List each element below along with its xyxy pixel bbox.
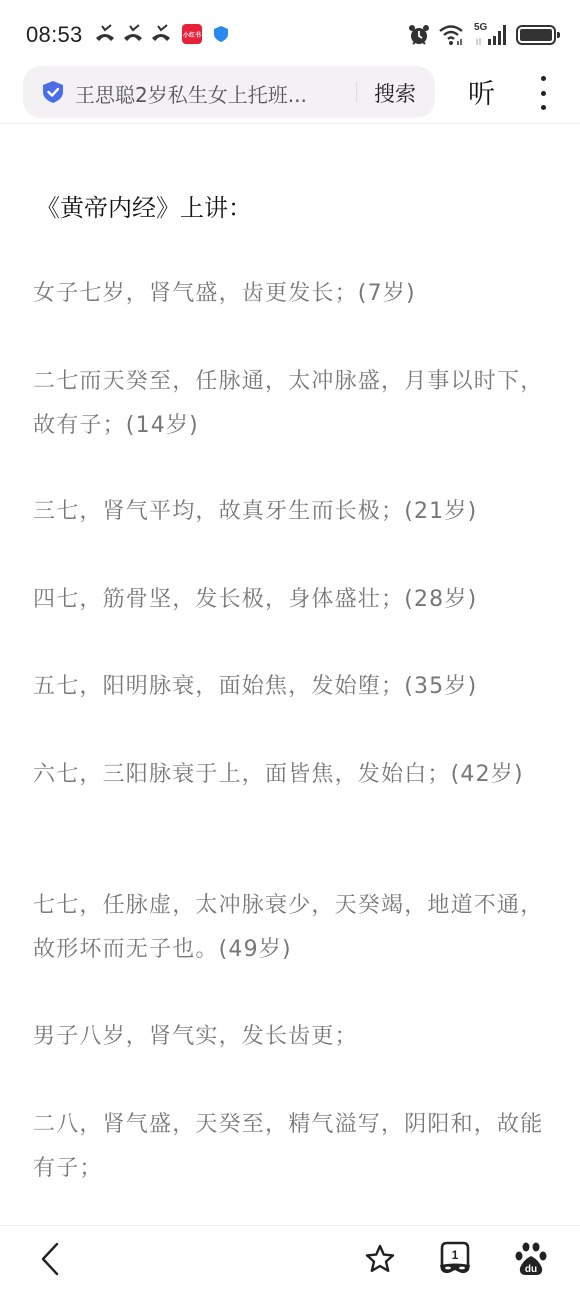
article-paragraph: 五七，阳明脉衰，面始焦，发始堕；(35岁) <box>33 665 553 709</box>
article-paragraph: 四七，筋骨坚，发长极，身体盛壮；(28岁) <box>33 578 553 622</box>
article-content: 《黄帝内经》上讲： 女子七岁，肾气盛，齿更发长；(7岁) 二七而天癸至，任脉通，… <box>0 124 580 1224</box>
more-dot-icon <box>541 76 546 81</box>
baidu-paw-icon: du <box>514 1240 548 1278</box>
svg-text:1: 1 <box>452 1248 459 1262</box>
search-query-text[interactable]: 王思聪2岁私生女上托班... <box>75 79 307 108</box>
5g-signal-icon: 5G <box>474 24 508 46</box>
notification-icons: 小红书 <box>94 24 228 44</box>
listen-button[interactable]: 听 <box>468 72 495 111</box>
system-indicators: 5G <box>408 24 556 46</box>
status-time: 08:53 <box>26 22 83 48</box>
article-heading: 《黄帝内经》上讲： <box>36 188 252 223</box>
tabs-button[interactable]: 1 <box>438 1240 472 1278</box>
baidu-home-button[interactable]: du <box>514 1240 548 1278</box>
search-divider <box>356 82 357 102</box>
bottom-navigation: 1 du <box>0 1226 580 1295</box>
favorite-star-icon[interactable] <box>364 1243 396 1275</box>
verified-shield-icon <box>43 81 63 103</box>
missed-call-icon <box>150 24 172 44</box>
article-paragraph: 七七，任脉虚，太冲脉衰少，天癸竭，地道不通，故形坏而无子也。(49岁) <box>33 884 553 972</box>
incognito-tabs-icon: 1 <box>438 1240 472 1278</box>
article-paragraph: 二七而天癸至，任脉通，太冲脉盛，月事以时下，故有子；(14岁) <box>33 360 553 448</box>
missed-call-icon <box>94 24 116 44</box>
search-button[interactable]: 搜索 <box>374 78 416 108</box>
search-box[interactable]: 王思聪2岁私生女上托班... 搜索 <box>23 66 435 118</box>
xiaohongshu-app-icon: 小红书 <box>182 24 202 44</box>
article-paragraph: 女子七岁，肾气盛，齿更发长；(7岁) <box>33 272 553 316</box>
missed-call-icon <box>122 24 144 44</box>
article-paragraph: 男子八岁，肾气实，发长齿更； <box>33 1015 553 1059</box>
article-paragraph: 六七，三阳脉衰于上，面皆焦，发始白；(42岁) <box>33 753 553 797</box>
back-arrow-icon[interactable] <box>38 1242 62 1276</box>
wifi-icon <box>438 24 466 46</box>
battery-icon <box>516 25 556 45</box>
security-shield-icon <box>214 26 228 42</box>
article-paragraph: 二八，肾气盛，天癸至，精气溢写，阴阳和，故能有子； <box>33 1103 553 1191</box>
status-bar: 08:53 小红书 <box>0 0 580 62</box>
more-dot-icon <box>541 105 546 110</box>
more-menu-button[interactable] <box>536 76 550 110</box>
more-dot-icon <box>541 91 546 96</box>
svg-text:du: du <box>525 1264 537 1275</box>
alarm-icon <box>408 24 430 46</box>
article-paragraph: 三七，肾气平均，故真牙生而长极；(21岁) <box>33 490 553 534</box>
